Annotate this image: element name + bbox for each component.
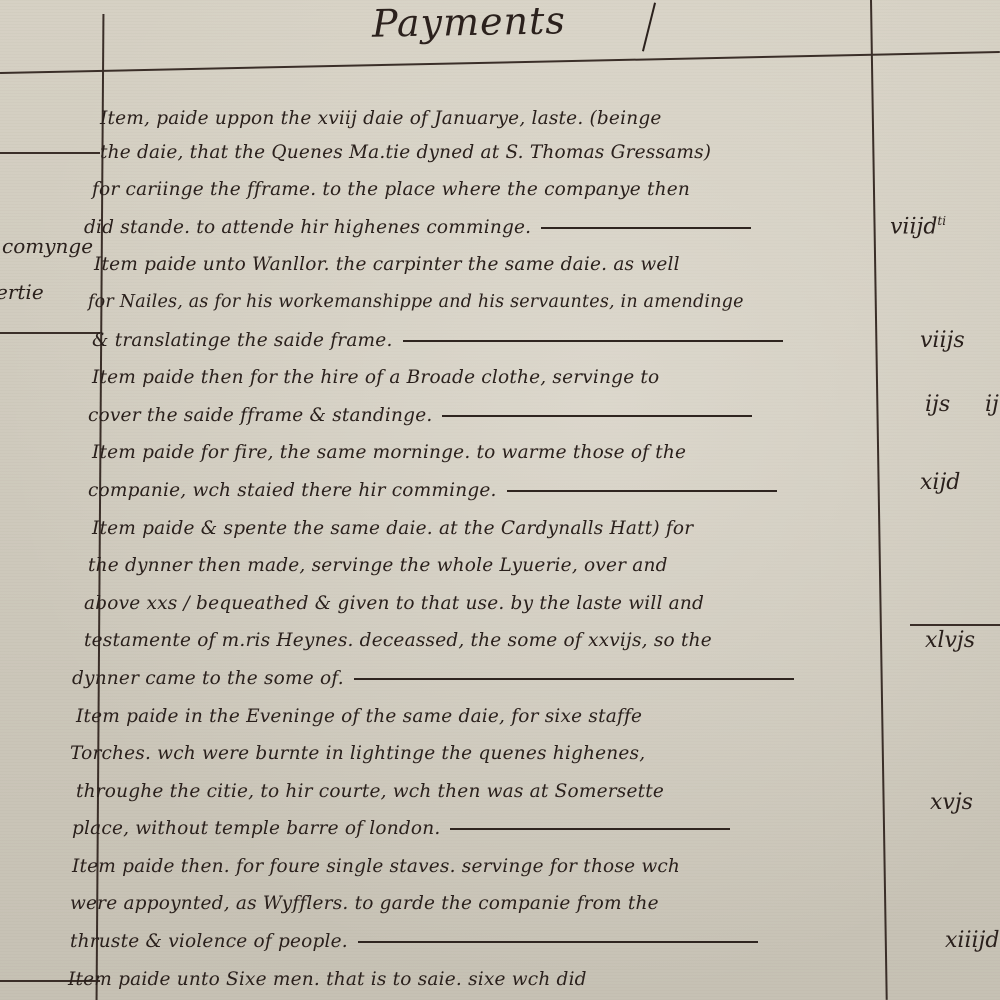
line-filler-rule [354,678,794,680]
left-margin-note-line1: comynge [2,234,93,258]
entry-6-line-1: Item paide in the Eveninge of the same d… [76,698,876,736]
entry-1-line-2: the daie, that the Quenes Ma.tie dyned a… [100,134,900,172]
line-filler-rule [442,415,752,417]
entry-7-line-1: Item paide then. for foure single staves… [72,848,872,886]
entry-5-line-5: dynner came to the some of. [72,660,872,698]
entry-4-line-1: Item paide for fire, the same morninge. … [92,434,892,472]
entry-7-line-3: thruste & violence of people. [70,923,870,961]
entry-2-line-1: Item paide unto Wanllor. the carpinter t… [94,246,894,284]
entry-1-line-4: did stande. to attende hir highenes comm… [84,209,884,247]
line-filler-rule [358,941,758,943]
payments-entries: Item, paide uppon the xviij daie of Janu… [84,96,884,998]
amount-rule-entry-5 [910,624,1000,626]
entry-5-line-4: testamente of m.ris Heynes. deceassed, t… [84,622,884,660]
amount-entry-5: xlvjs [925,628,975,653]
entry-6-line-2: Torches. wch were burnte in lightinge th… [70,735,870,773]
entry-2-line-3: & translatinge the saide frame. [92,322,892,360]
amount-entry-3-extra: ij [985,392,999,417]
amount-entry-4: xijd [920,470,960,495]
line-filler-rule [403,340,783,342]
entry-3-line-1: Item paide then for the hire of a Broade… [92,359,892,397]
entry-5-line-2: the dynner then made, servinge the whole… [88,547,888,585]
entry-1-line-3: for cariinge the fframe. to the place wh… [92,171,892,209]
line-filler-rule [450,828,730,830]
amount-entry-7: xiiijd [945,928,999,953]
entry-3-line-2: cover the saide fframe & standinge. [88,397,888,435]
line-filler-rule [507,490,777,492]
entry-7-line-2: were appoynted, as Wyfflers. to garde th… [70,885,870,923]
line-filler-rule [541,227,751,229]
entry-1-line-1: Item, paide uppon the xviij daie of Janu… [100,100,900,138]
entry-4-line-2: companie, wch staied there hir comminge. [88,472,888,510]
amount-entry-6: xvjs [930,790,973,815]
entry-8-line-1: Item paide unto Sixe men. that is to sai… [68,961,868,999]
amount-entry-3: ijs [925,392,950,417]
amount-entry-2: viijs [920,328,965,353]
left-margin-note-line2: ertie [0,280,44,304]
entry-2-line-2: for Nailes, as for his workemanshippe an… [88,284,888,322]
entry-6-line-4: place, without temple barre of london. [72,810,872,848]
entry-5-line-1: Item paide & spente the same daie. at th… [92,510,892,548]
page-heading: Payments [372,0,567,46]
amount-entry-1: viijdti [890,214,946,239]
entry-5-line-3: above xxs / bequeathed & given to that u… [84,585,884,623]
entry-6-line-3: throughe the citie, to hir courte, wch t… [76,773,876,811]
